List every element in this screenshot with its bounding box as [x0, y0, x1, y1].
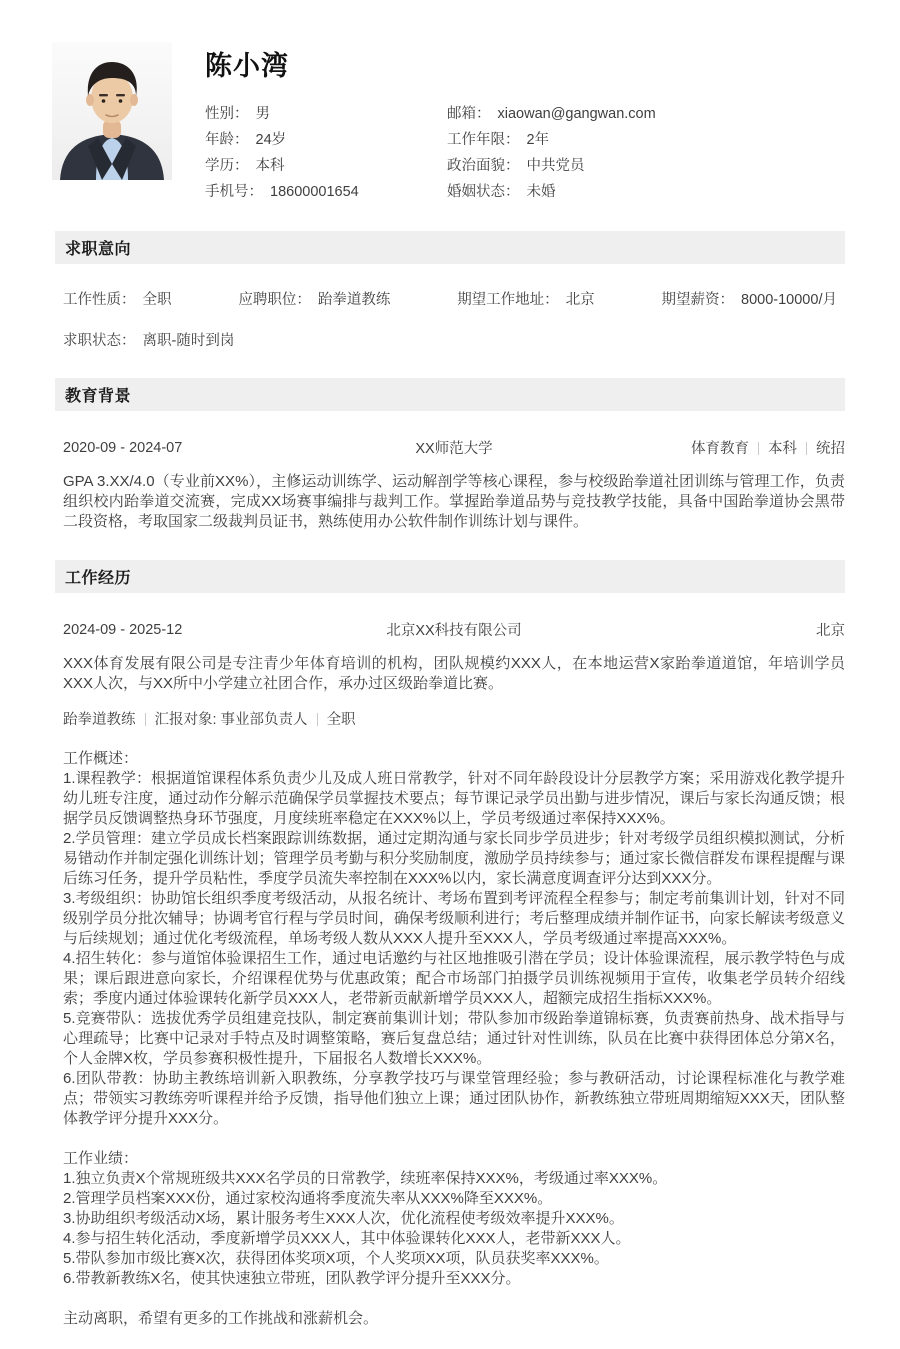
profile-photo-image	[52, 42, 172, 180]
education-period: 2020-09 - 2024-07	[63, 440, 293, 456]
work-period: 2024-09 - 2025-12	[63, 622, 293, 638]
job-type: 全职	[327, 712, 356, 728]
work-summary-item: 1.课程教学：根据道馆课程体系负责少儿及成人班日常教学，针对不同年龄段设计分层教…	[63, 769, 845, 829]
education-enroll-type: 统招	[816, 441, 845, 457]
work-achievement-item: 2.管理学员档案XXX份，通过家校沟通将季度流失率从XXX%降至XXX%。	[63, 1189, 845, 1209]
field-job-nature: 工作性质：全职	[63, 288, 172, 309]
work-achievement-item: 1.独立负责X个常规班级共XXX名学员的日常教学，续班率保持XXX%，考级通过率…	[63, 1169, 845, 1189]
work-achievement-item: 4.参与招生转化活动，季度新增学员XXX人，其中体验课转化XXX人，老带新XXX…	[63, 1229, 845, 1249]
field-job-status: 求职状态：离职-随时到岗	[63, 329, 234, 350]
section-title: 教育背景	[65, 383, 131, 406]
info-work-years: 工作年限：2年	[447, 128, 845, 149]
divider	[758, 442, 759, 455]
profile-photo	[52, 42, 172, 180]
resume-page: 陈小湾 性别：男 邮箱：xiaowan@gangwan.com 年龄：24岁 工…	[0, 0, 900, 1349]
work-summary-item: 6.团队带教：协助主教练培训新入职教练，分享教学技巧与课堂管理经验；参与教研活动…	[63, 1069, 845, 1129]
work-summary-item: 4.招生转化：参与道馆体验课招生工作，通过电话邀约与社区地推吸引潜在学员；设计体…	[63, 949, 845, 1009]
info-political-status: 政治面貌：中共党员	[447, 154, 845, 175]
work-summary-title: 工作概述：	[63, 749, 845, 769]
work-summary-item: 5.竞赛带队：选拔优秀学员组建竞技队，制定赛前集训计划；带队参加市级跆拳道锦标赛…	[63, 1009, 845, 1069]
leave-reason: 主动离职，希望有更多的工作挑战和涨薪机会。	[55, 1309, 845, 1329]
work-location: 北京	[615, 619, 845, 640]
education-school: XX师范大学	[293, 437, 615, 458]
education-description: GPA 3.XX/4.0（专业前XX%），主修运动训练学、运动解剖学等核心课程，…	[55, 472, 845, 532]
work-summary: 工作概述： 1.课程教学：根据道馆课程体系负责少儿及成人班日常教学，针对不同年龄…	[55, 749, 845, 1129]
section-title: 求职意向	[65, 236, 131, 259]
candidate-name: 陈小湾	[205, 44, 845, 83]
job-intent-row-1: 工作性质：全职 应聘职位：跆拳道教练 期望工作地址：北京 期望薪资：8000-1…	[55, 288, 845, 309]
header-info-block: 陈小湾 性别：男 邮箱：xiaowan@gangwan.com 年龄：24岁 工…	[172, 42, 845, 203]
section-education: 教育背景 2020-09 - 2024-07 XX师范大学 体育教育本科统招 G…	[55, 378, 845, 532]
work-summary-item: 2.学员管理：建立学员成长档案跟踪训练数据，通过定期沟通与家长同步学员进步；针对…	[63, 829, 845, 889]
report-to: 汇报对象: 事业部负责人	[155, 712, 308, 728]
work-company: 北京XX科技有限公司	[293, 619, 615, 640]
info-marital-status: 婚姻状态：未婚	[447, 180, 845, 201]
field-expected-salary: 期望薪资：8000-10000/月	[662, 288, 837, 309]
divider	[806, 442, 807, 455]
position-line: 跆拳道教练汇报对象: 事业部负责人全职	[55, 708, 845, 729]
work-achievement-item: 3.协助组织考级活动X场，累计服务考生XXX人次，优化流程使考级效率提升XXX%…	[63, 1209, 845, 1229]
info-phone: 手机号：18600001654	[205, 180, 447, 201]
job-intent-row-2: 求职状态：离职-随时到岗	[55, 329, 845, 350]
section-header-job-intent: 求职意向	[55, 231, 845, 264]
education-meta: 体育教育本科统招	[615, 437, 845, 458]
divider	[145, 713, 146, 726]
company-intro: XXX体育发展有限公司是专注青少年体育培训的机构，团队规模约XXX人，在本地运营…	[55, 654, 845, 694]
education-major: 体育教育	[691, 441, 749, 457]
field-target-location: 期望工作地址：北京	[457, 288, 595, 309]
resume-header: 陈小湾 性别：男 邮箱：xiaowan@gangwan.com 年龄：24岁 工…	[55, 42, 845, 203]
section-title: 工作经历	[65, 565, 131, 588]
info-email: 邮箱：xiaowan@gangwan.com	[447, 102, 845, 123]
section-job-intent: 求职意向 工作性质：全职 应聘职位：跆拳道教练 期望工作地址：北京 期望薪资：8…	[55, 231, 845, 350]
info-gender: 性别：男	[205, 102, 447, 123]
section-header-education: 教育背景	[55, 378, 845, 411]
personal-info-grid: 性别：男 邮箱：xiaowan@gangwan.com 年龄：24岁 工作年限：…	[205, 99, 845, 203]
section-work-experience: 工作经历 2024-09 - 2025-12 北京XX科技有限公司 北京 XXX…	[55, 560, 845, 1329]
work-achievements-title: 工作业绩：	[63, 1149, 845, 1169]
work-row: 2024-09 - 2025-12 北京XX科技有限公司 北京	[55, 619, 845, 640]
work-achievement-item: 6.带教新教练X名，使其快速独立带班，团队教学评分提升至XXX分。	[63, 1269, 845, 1289]
work-achievements: 工作业绩： 1.独立负责X个常规班级共XXX名学员的日常教学，续班率保持XXX%…	[55, 1149, 845, 1289]
position-title: 跆拳道教练	[63, 712, 136, 728]
info-degree: 学历：本科	[205, 154, 447, 175]
divider	[317, 713, 318, 726]
field-target-position: 应聘职位：跆拳道教练	[238, 288, 390, 309]
education-row: 2020-09 - 2024-07 XX师范大学 体育教育本科统招	[55, 437, 845, 458]
education-degree: 本科	[768, 441, 797, 457]
work-summary-item: 3.考级组织：协助馆长组织季度考级活动，从报名统计、考场布置到考评流程全程参与；…	[63, 889, 845, 949]
work-achievement-item: 5.带队参加市级比赛X次，获得团体奖项X项，个人奖项XX项，队员获奖率XXX%。	[63, 1249, 845, 1269]
section-header-work: 工作经历	[55, 560, 845, 593]
info-age: 年龄：24岁	[205, 128, 447, 149]
